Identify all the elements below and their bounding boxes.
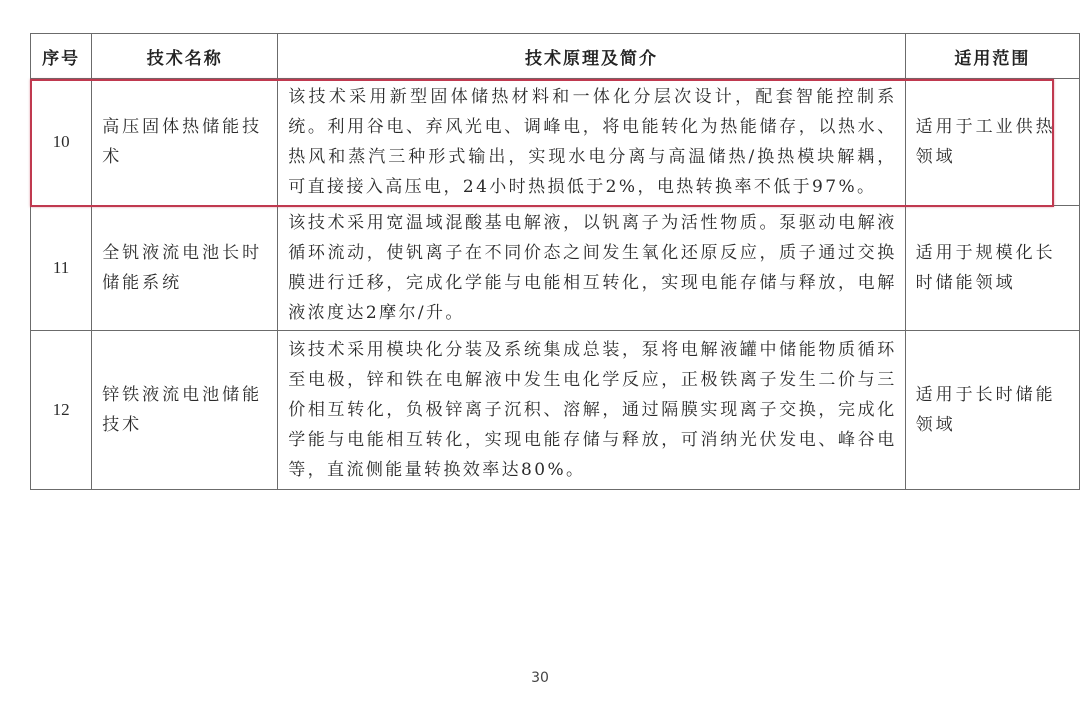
tech-description: 该技术采用宽温域混酸基电解液，以钒离子为活性物质。泵驱动电解液循环流动，使钒离子…: [278, 206, 905, 331]
header-serial-no: 序号: [31, 34, 92, 79]
table-row: 12 锌铁液流电池储能技术 该技术采用模块化分装及系统集成总装，泵将电解液罐中储…: [31, 331, 1080, 490]
tech-name: 高压固体热储能技术: [92, 79, 278, 206]
row-number: 11: [31, 206, 92, 331]
table-row: 10 高压固体热储能技术 该技术采用新型固体储热材料和一体化分层次设计，配套智能…: [31, 79, 1080, 206]
tech-scope: 适用于工业供热领域: [905, 79, 1079, 206]
tech-scope: 适用于长时储能领域: [905, 331, 1079, 490]
header-tech-name: 技术名称: [92, 34, 278, 79]
row-number: 10: [31, 79, 92, 206]
technology-table: 序号 技术名称 技术原理及简介 适用范围 10 高压固体热储能技术 该技术采用新…: [30, 33, 1080, 490]
header-scope: 适用范围: [905, 34, 1079, 79]
tech-name: 锌铁液流电池储能技术: [92, 331, 278, 490]
header-principle: 技术原理及简介: [278, 34, 905, 79]
tech-name: 全钒液流电池长时储能系统: [92, 206, 278, 331]
row-number: 12: [31, 331, 92, 490]
page-number: 30: [0, 670, 1080, 686]
tech-scope: 适用于规模化长时储能领域: [905, 206, 1079, 331]
tech-description: 该技术采用模块化分装及系统集成总装，泵将电解液罐中储能物质循环至电极，锌和铁在电…: [278, 331, 905, 490]
tech-description: 该技术采用新型固体储热材料和一体化分层次设计，配套智能控制系统。利用谷电、弃风光…: [278, 79, 905, 206]
table-row: 11 全钒液流电池长时储能系统 该技术采用宽温域混酸基电解液，以钒离子为活性物质…: [31, 206, 1080, 331]
table-header-row: 序号 技术名称 技术原理及简介 适用范围: [31, 34, 1080, 79]
